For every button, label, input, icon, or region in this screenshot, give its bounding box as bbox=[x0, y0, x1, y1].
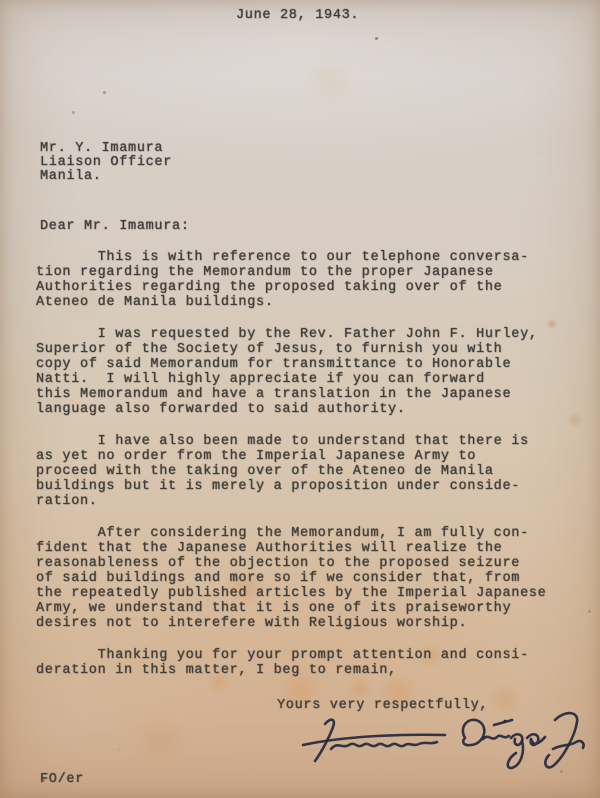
signature-stroke bbox=[331, 742, 437, 749]
letter-body: This is with reference to our telephone … bbox=[36, 250, 546, 695]
letter-paragraph: This is with reference to our telephone … bbox=[36, 250, 546, 310]
signature-stroke bbox=[527, 734, 545, 745]
paper-specks bbox=[0, 0, 3, 3]
letter-paragraph: I have also been made to understand that… bbox=[36, 434, 546, 509]
letter-paragraph: Thanking you for your prompt attention a… bbox=[36, 648, 546, 678]
signature-stroke bbox=[483, 736, 509, 739]
typist-initials: FO/er bbox=[40, 772, 84, 787]
signature-stroke bbox=[494, 720, 512, 725]
date-line: June 28, 1943. bbox=[236, 8, 359, 23]
letter-page: June 28, 1943. Mr. Y. Imamura Liaison Of… bbox=[0, 0, 600, 798]
signature-stroke bbox=[545, 713, 577, 767]
signature-i-dot bbox=[504, 720, 507, 723]
salutation-line: Dear Mr. Imamura: bbox=[40, 219, 190, 234]
letter-paragraph: I was requested by the Rev. Father John … bbox=[36, 327, 546, 417]
signature-stroke bbox=[463, 720, 484, 745]
letter-paragraph: After considering the Memorandum, I am f… bbox=[36, 526, 546, 631]
signature-stroke bbox=[511, 734, 522, 745]
recipient-block: Mr. Y. Imamura Liaison Officer Manila. bbox=[40, 142, 172, 184]
handwritten-signature bbox=[295, 708, 590, 778]
